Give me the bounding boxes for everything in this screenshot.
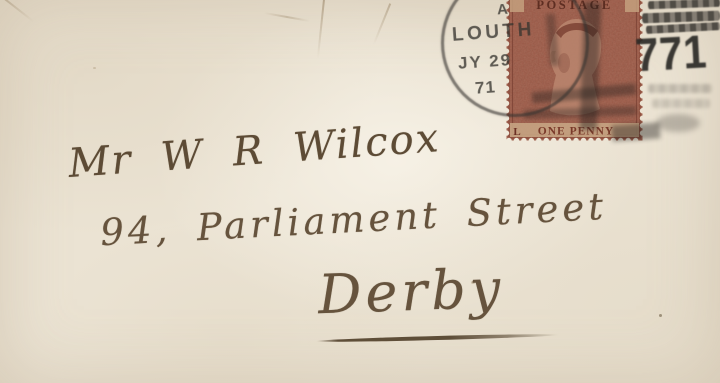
- envelope-photo: Mr W R Wilcox 94, Parliament Street Derb…: [0, 0, 720, 383]
- stamp-corner-letter: L: [513, 126, 520, 138]
- killer-smudge: [656, 114, 700, 132]
- killer-number: 771: [634, 24, 709, 82]
- killer-bar: [642, 11, 720, 24]
- paper-crease: [264, 12, 310, 22]
- address-town-underline: [316, 333, 559, 343]
- address-line-town: Derby: [317, 257, 505, 326]
- paper-crease: [317, 0, 325, 58]
- datestamp-date: JY 29: [457, 50, 512, 74]
- killer-bar: [648, 84, 712, 93]
- datestamp-index-letter: A: [496, 1, 510, 19]
- stamp-bottom-label: ONE PENNY: [538, 126, 614, 138]
- paper-speck: [659, 314, 662, 317]
- paper-crease: [373, 3, 391, 45]
- address-line-name: Mr W R Wilcox: [67, 115, 442, 187]
- datestamp-year: 71: [474, 77, 496, 98]
- cancel-smudge: [612, 122, 661, 141]
- killer-bar: [652, 99, 710, 108]
- paper-crease: [0, 0, 34, 22]
- address-line-street: 94, Parliament Street: [99, 185, 608, 254]
- killer-bar: [648, 0, 720, 9]
- paper-speck: [93, 67, 96, 69]
